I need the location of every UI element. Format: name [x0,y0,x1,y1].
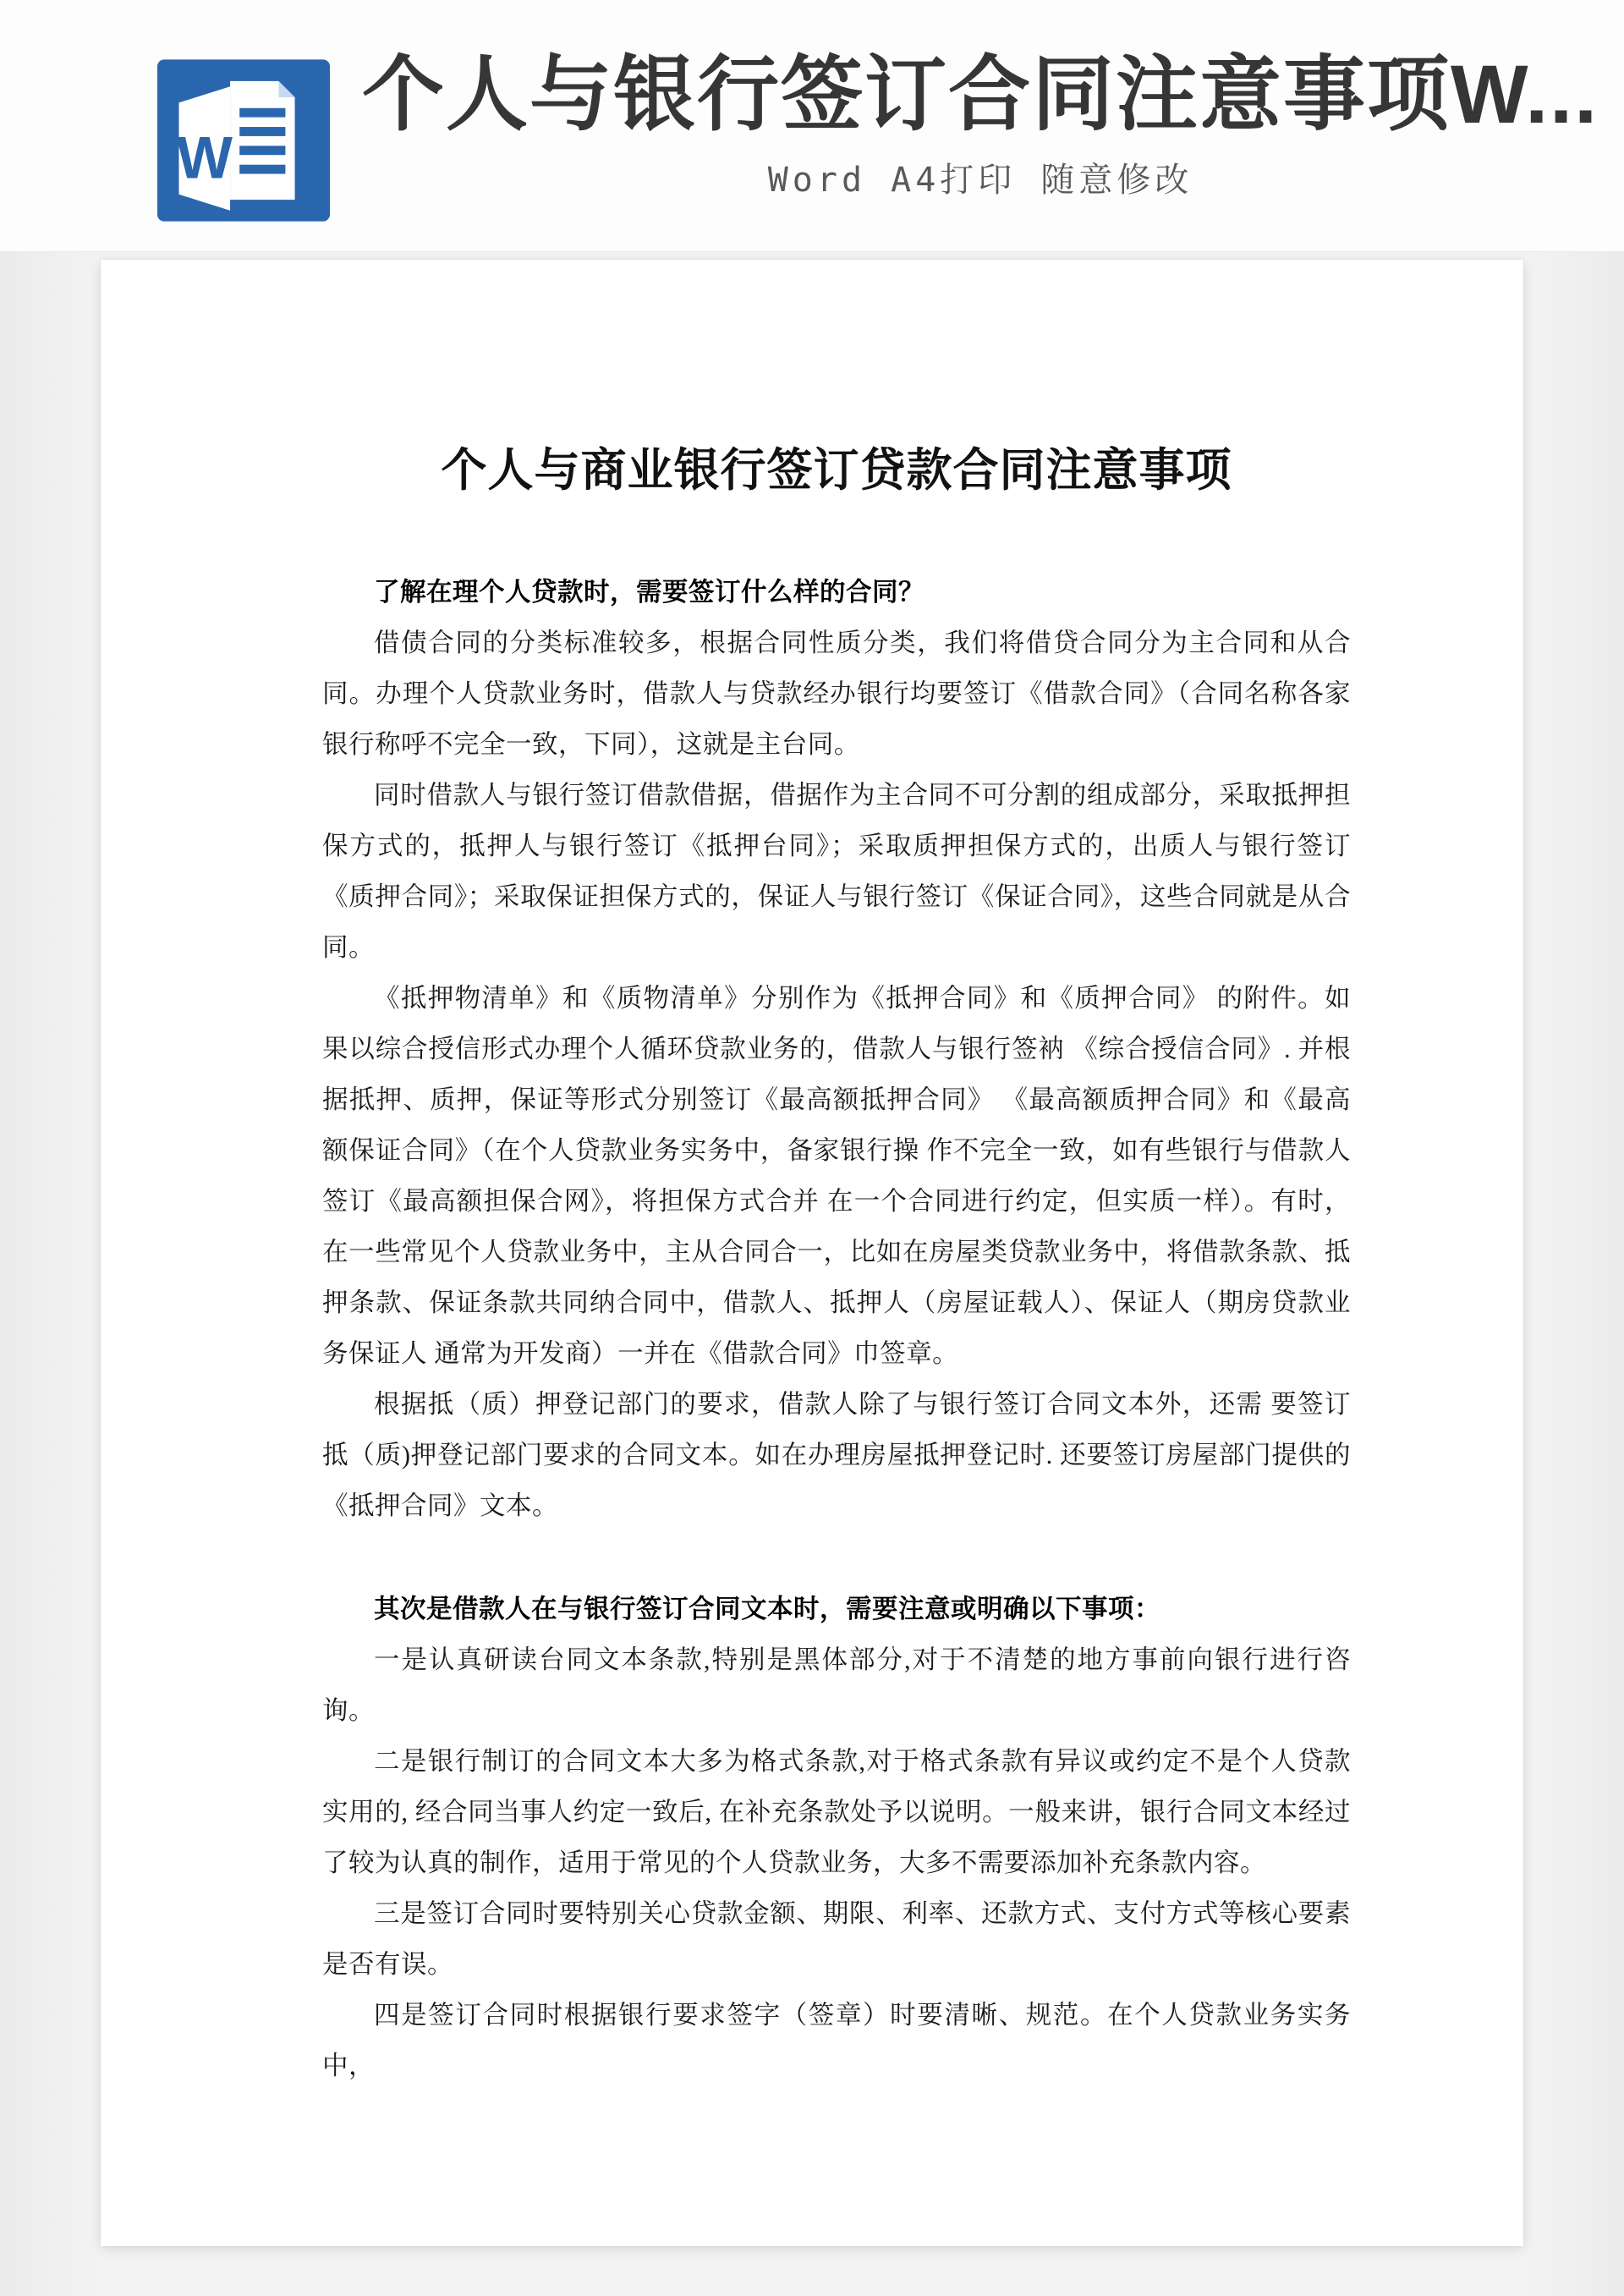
document-paragraph-question: 了解在理个人贷款时，需要签订什么样的合同？ [322,567,1351,618]
document-paragraph: 《抵押物清单》和《质物清单》分别作为《抵押合同》和《质押合同》 的附件。如果以综… [322,973,1351,1379]
file-title: 个人与银行签订合同注意事项W... [362,49,1599,141]
preview-header: W 个人与银行签订合同注意事项W... Word A4打印 随意修改 [0,0,1624,252]
file-subtitle: Word A4打印 随意修改 [768,153,1193,201]
document-paragraph-section-header: 其次是借款人在与银行签订合同文本时，需要注意或明确以下事项： [322,1584,1351,1634]
document-paragraph: 借债合同的分类标准较多，根据合同性质分类，我们将借贷合同分为主合同和从合同。办理… [322,618,1351,770]
document-page: 个人与商业银行签订贷款合同注意事项 了解在理个人贷款时，需要签订什么样的合同？ … [101,260,1523,2246]
document-paragraph: 四是签订合同时根据银行要求签字（签章）时要清晰、规范。在个人贷款业务实务中， [322,1990,1351,2091]
word-logo-icon: W [157,59,330,222]
document-paragraph: 一是认真研读台同文本条款,特别是黑体部分,对于不清楚的地方事前向银行进行咨询。 [322,1634,1351,1736]
document-paragraph: 三是签订合同时要特别关心贷款金额、期限、利率、还款方式、支付方式等核心要素是否有… [322,1888,1351,1990]
svg-text:W: W [177,125,233,191]
file-title-block: 个人与银行签订合同注意事项W... Word A4打印 随意修改 [362,49,1599,201]
document-heading: 个人与商业银行签订贷款合同注意事项 [322,434,1351,499]
document-paragraph: 同时借款人与银行签订借款借据，借据作为主合同不可分割的组成部分，采取抵押担保方式… [322,770,1351,973]
document-paragraph: 根据抵（质）押登记部门的要求，借款人除了与银行签订合同文本外，还需 要签订抵（质… [322,1379,1351,1531]
document-paragraph: 二是银行制订的合同文本大多为格式条款,对于格式条款有异议或约定不是个人贷款实用的… [322,1736,1351,1888]
page-background: 个人与商业银行签订贷款合同注意事项 了解在理个人贷款时，需要签订什么样的合同？ … [0,252,1624,2296]
